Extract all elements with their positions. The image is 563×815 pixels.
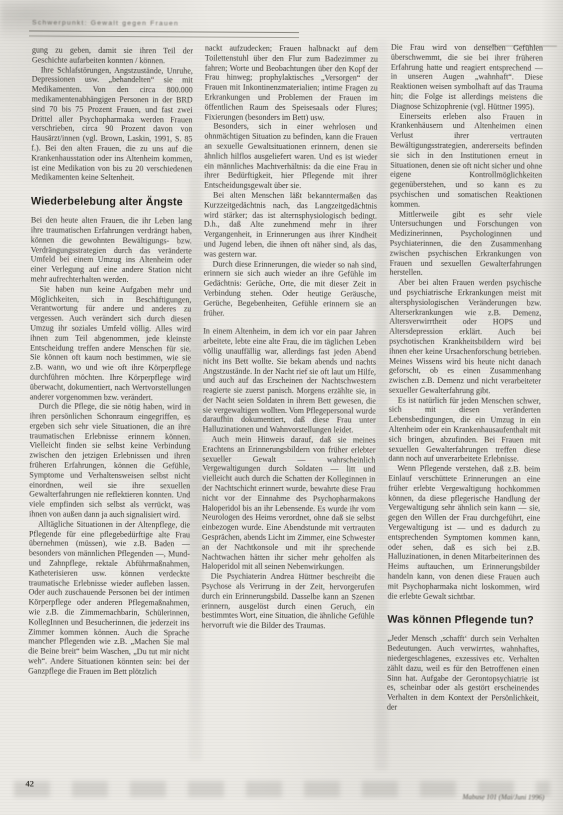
section-heading-wiederbelebung: Wiederbelebung alter Ängste [31, 196, 192, 209]
footer-citation: Mabuse 101 (Mai/Juni 1996) [462, 793, 544, 801]
page-number: 42 [25, 778, 34, 788]
paragraph: Alltägliche Situationen in der Altenpfle… [28, 519, 190, 677]
paragraph: Bei alten Menschen läßt bekanntermaßen d… [204, 190, 377, 260]
paragraph: Besonders, sich in einer wehrlosen und o… [204, 122, 377, 192]
paragraph: Durch diese Erinnerungen, die wieder so … [203, 259, 376, 319]
paragraph: Es ist natürlich für jeden Menschen schw… [388, 395, 540, 465]
paragraph: Die Psychiaterin Andrea Hüttner beschrei… [201, 572, 374, 632]
paragraph: „Jeder Mensch ‚schafft‘ durch sein Verha… [387, 634, 539, 713]
paragraph: gung zu geben, damit sie ihren Teil der … [32, 45, 193, 66]
header-rule [29, 30, 299, 38]
scanned-journal-page: Schwerpunkt: Gewalt gegen Frauen gung zu… [0, 0, 563, 815]
paragraph: nackt aufzudecken; Frauen halbnackt auf … [204, 44, 377, 123]
paragraph: Einerseits erleben also Frauen in Kranke… [390, 111, 543, 210]
paragraph: Bei den heute alten Frauen, die ihr Lebe… [30, 216, 191, 286]
section-heading-pflegende: Was können Pflegende tun? [387, 614, 539, 627]
paragraph: Aber bei alten Frauen werden psychische … [389, 278, 542, 396]
text-column-1: gung zu geben, damit sie ihren Teil der … [27, 45, 192, 782]
running-header: Schwerpunkt: Gewalt gegen Frauen [32, 19, 179, 27]
text-column-3: Die Frau wird von denselben Gefühlen übe… [386, 43, 543, 792]
paragraph: Wenn Pflegende verstehen, daß z.B. beim … [388, 464, 541, 602]
paragraph: Ihre Schlafstörungen, Angstzustände, Unr… [31, 65, 193, 184]
case-story-paragraph: In einem Altenheim, in dem ich vor ein p… [203, 327, 377, 436]
paragraph: Durch die Pflege, die sie nötig haben, w… [29, 402, 191, 521]
paragraph: Sie haben nun keine Aufgaben mehr und Mö… [30, 284, 192, 403]
paragraph: Die Frau wird von denselben Gefühlen übe… [391, 43, 543, 113]
page-content: Schwerpunkt: Gewalt gegen Frauen gung zu… [0, 0, 563, 815]
text-column-2: nackt aufzudecken; Frauen halbnackt auf … [200, 44, 378, 785]
paragraph: Auch mein Hinweis darauf, daß sie meines… [202, 435, 376, 573]
paragraph: Mittlerweile gibt es sehr viele Untersuc… [390, 209, 542, 279]
